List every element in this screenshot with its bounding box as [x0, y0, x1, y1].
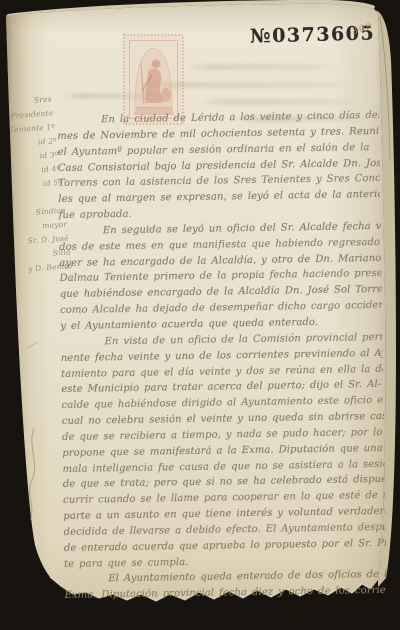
scanned-manuscript-page: №0373605 309 Sres Presidente Teniente 1º…: [0, 0, 400, 630]
bleedthrough-mark: [200, 99, 360, 105]
bleedthrough-mark: [185, 64, 340, 70]
manuscript-text-block: En la ciudad de Lérida a los veinte y ci…: [57, 108, 387, 604]
